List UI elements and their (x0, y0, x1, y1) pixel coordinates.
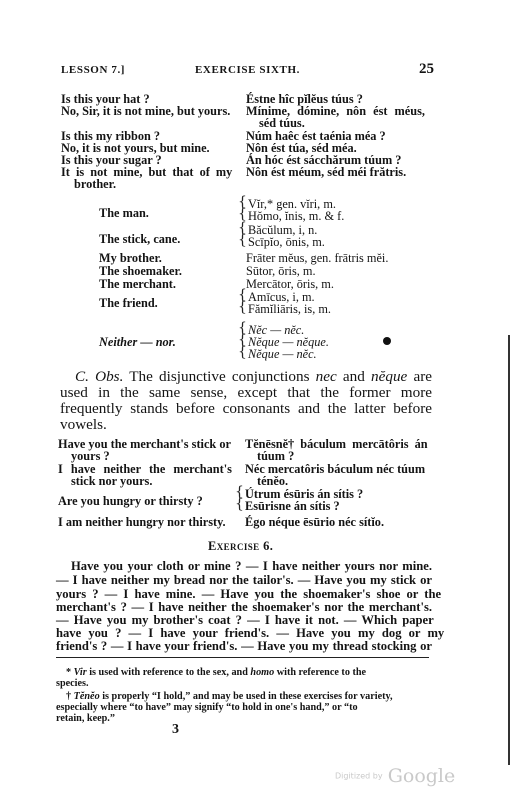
brace: { (238, 301, 247, 313)
vocab-en: The friend. (99, 297, 158, 309)
brace: { (238, 208, 247, 220)
obs-label: C. Obs. (75, 368, 123, 385)
exercise-line: friend's ? — I have your friend's. — Hav… (56, 640, 432, 654)
dialogue-en: I am neither hungry nor thirsty. (58, 516, 226, 528)
dialogue-en: No, Sir, it is not mine, but yours. (61, 105, 230, 117)
footnote-star-cont: species. (56, 678, 89, 689)
brace: { (238, 234, 247, 246)
dialogue-la: Égo néque ēsūrio néc sítĭo. (245, 516, 384, 528)
observation-paragraph: C. Obs. The disjunctive conjunctions nec… (60, 369, 432, 433)
footnote-star: * Vir is used with reference to the sex,… (66, 667, 366, 678)
ink-dot (383, 337, 391, 345)
vocab-la: Sūtor, ōris, m. (246, 265, 316, 277)
vocab-en: The shoemaker. (99, 265, 182, 277)
google-logo: Google (388, 765, 456, 787)
exercise-title: Exercise 6. (208, 539, 273, 554)
page-edge-line (508, 335, 510, 765)
dagger-mark: † (66, 691, 71, 702)
brace: { (235, 498, 244, 510)
dialogue-la-cont: séd túus. (259, 117, 305, 129)
footnote-text: is properly “I hold,” and may be used in… (100, 691, 393, 702)
vocab-en: The stick, cane. (99, 233, 180, 245)
obs-word: nec (316, 368, 337, 385)
footnote-rule (56, 657, 429, 658)
vocab-la: Frāter mĕus, gen. frātris mĕi. (246, 252, 388, 264)
footnote-text: with reference to the (274, 667, 366, 678)
footnote-dagger: † Tĕnĕo is properly “I hold,” and may be… (66, 691, 393, 702)
page-number: 25 (419, 61, 434, 78)
dialogue-en-cont: brother. (74, 178, 116, 190)
dialogue-en: Are you hungry or thirsty ? (58, 495, 203, 507)
obs-text: The disjunctive conjunctions (123, 368, 315, 385)
brace: { (238, 346, 247, 358)
watermark-prefix: Digitized by (335, 772, 383, 781)
dialogue-la-cont: téněo. (257, 475, 288, 487)
dialogue-la: Nôn ést méum, séd méi frătris. (246, 166, 406, 178)
vocab-la: Hŏmo, ĭnis, m. & f. (248, 210, 344, 222)
asterisk-mark: * (66, 667, 71, 678)
running-head-title: EXERCISE SIXTH. (195, 64, 300, 76)
footnote-text: is used with reference to the sex, and (87, 667, 251, 678)
vocab-la: Mercātor, ōris, m. (246, 278, 334, 290)
vocab-en: The merchant. (99, 278, 176, 290)
footnote-term: Vir (74, 667, 87, 678)
dialogue-en-cont: stick nor yours. (71, 475, 152, 487)
running-head-lesson: LESSON 7.] (61, 64, 125, 76)
footnote-term: homo (250, 667, 274, 678)
vocab-en: The man. (99, 207, 149, 219)
obs-word: nĕque (371, 368, 407, 385)
dialogue-la-cont: túum ? (257, 450, 294, 462)
vocab-la: Nĕque — nĕc. (248, 348, 317, 360)
signature-mark: 3 (172, 722, 179, 738)
exercise-line: Have you your cloth or mine ? — I have n… (71, 560, 432, 574)
footnote-dagger-cont: especially where “to have” may signify “… (56, 702, 358, 713)
footnote-dagger-cont: retain, keep.” (56, 713, 115, 724)
digitized-by-watermark: Digitized by Google (335, 765, 455, 787)
obs-text: and (337, 368, 371, 385)
exercise-line: — I have neither my bread nor the tailor… (56, 574, 432, 588)
dialogue-en-cont: yours ? (71, 450, 110, 462)
vocab-en: My brother. (99, 252, 162, 264)
book-page: LESSON 7.] EXERCISE SIXTH. 25 Is this yo… (0, 0, 514, 801)
footnote-term: Tĕnĕo (74, 691, 100, 702)
vocab-la: Scīpĭo, ōnis, m. (248, 236, 325, 248)
vocab-en-neither-nor: Neither — nor. (99, 336, 176, 348)
dialogue-la: Esūrisne án sítis ? (245, 500, 340, 512)
vocab-la: Fămĭliāris, is, m. (248, 303, 331, 315)
